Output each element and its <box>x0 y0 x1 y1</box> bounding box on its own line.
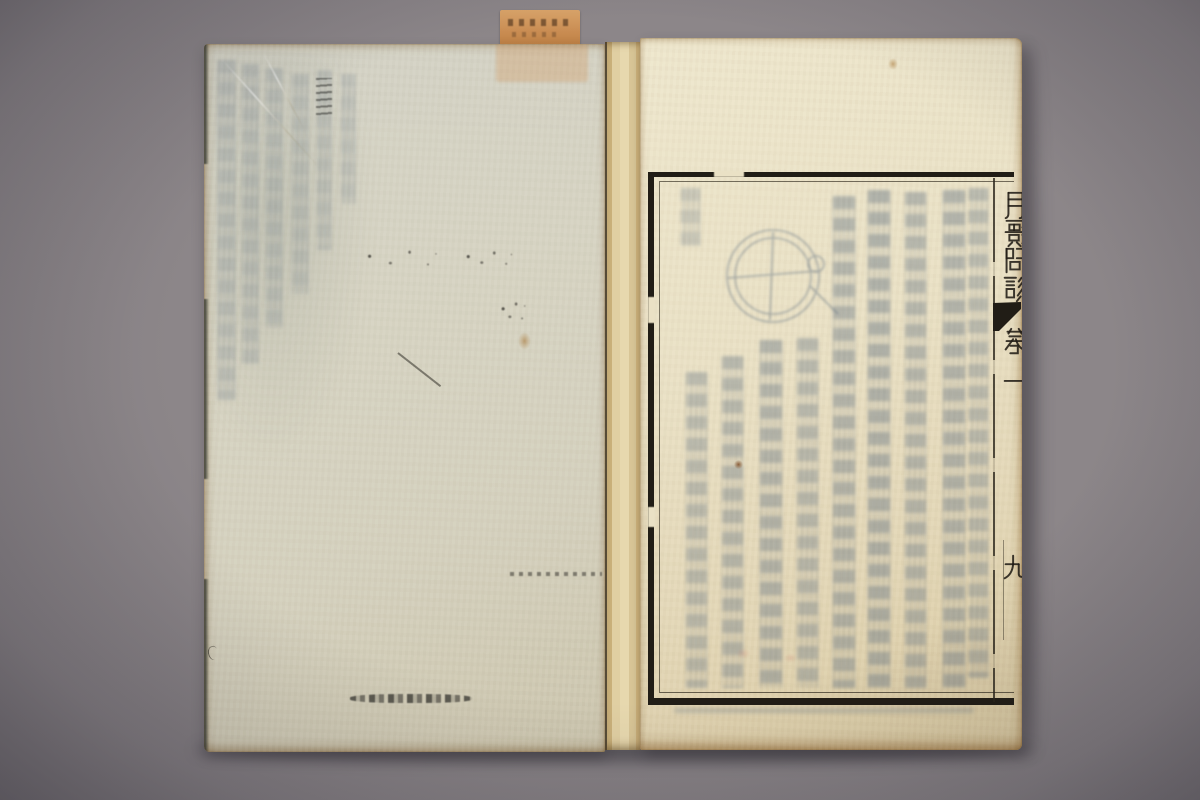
stain-mark <box>206 645 220 661</box>
stain-mark <box>500 292 526 332</box>
stain-mark <box>734 460 743 469</box>
stain-mark <box>316 78 332 118</box>
photo-stage <box>0 0 1200 800</box>
stain-mark <box>350 694 472 703</box>
stain-layer-right <box>640 38 1022 750</box>
stain-layer-left <box>204 44 605 752</box>
sticker-text-marks <box>508 19 570 26</box>
stain-mark <box>360 242 440 276</box>
stain-mark <box>462 244 514 274</box>
right-page <box>640 38 1022 750</box>
stain-mark <box>784 653 797 663</box>
stain-mark <box>888 58 898 70</box>
left-page <box>204 44 605 752</box>
stain-mark <box>518 332 531 350</box>
stain-mark <box>510 572 602 576</box>
stain-mark <box>736 648 751 659</box>
page-gutter <box>605 42 640 750</box>
sticker-text-marks <box>512 32 562 37</box>
stain-mark <box>397 352 441 387</box>
